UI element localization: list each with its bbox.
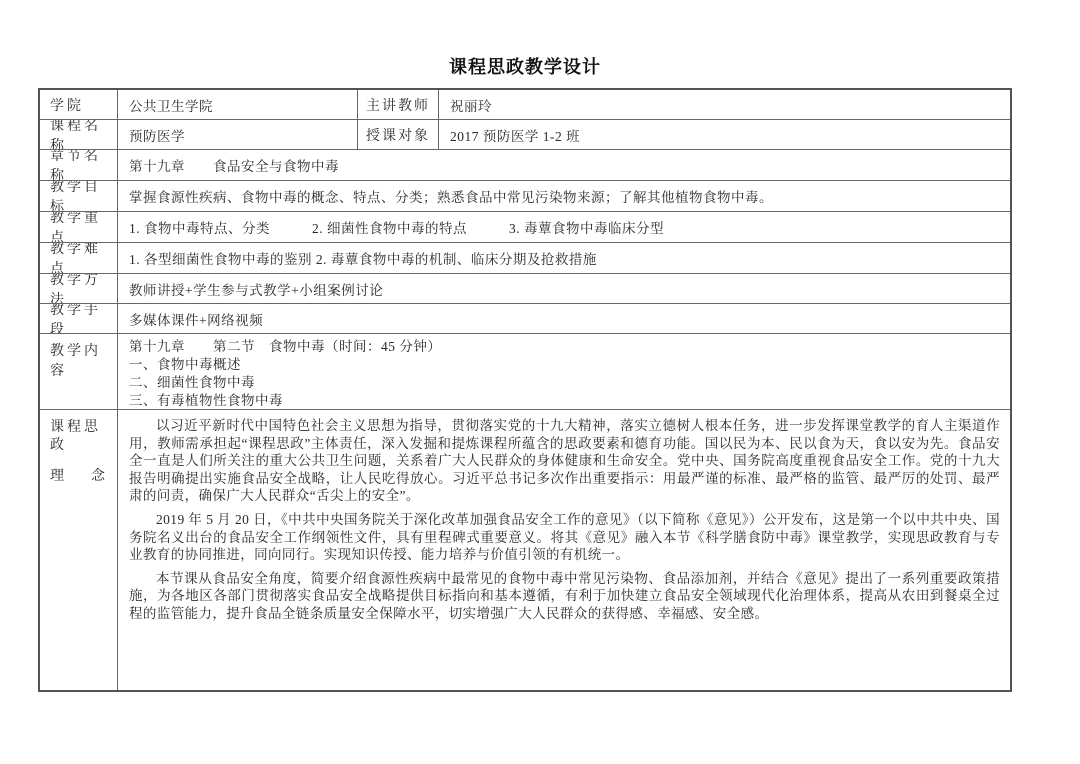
content-line: 一、食物中毒概述 <box>129 356 1002 374</box>
label-key-points: 教学重点 <box>40 212 118 242</box>
document-page: 课程思政教学设计 学院 公共卫生学院 主讲教师 祝丽玲 课程名称 预防医学 授课… <box>0 0 1080 764</box>
teaching-content-lines: 第十九章 第二节 食物中毒（时间：45 分钟） 一、食物中毒概述 二、细菌性食物… <box>118 334 1010 409</box>
table-row: 教学难点 1. 各型细菌性食物中毒的鉴别 2. 毒蕈食物中毒的机制、临床分期及抢… <box>40 243 1010 274</box>
value-lecturer: 祝丽玲 <box>439 90 1010 119</box>
ideology-paragraph: 本节课从食品安全角度，简要介绍食源性疾病中最常见的食物中毒中常见污染物、食品添加… <box>129 570 1000 623</box>
ideology-paragraph: 以习近平新时代中国特色社会主义思想为指导，贯彻落实党的十九大精神，落实立德树人根… <box>129 417 1000 505</box>
label-lecturer: 主讲教师 <box>358 90 439 119</box>
content-line: 二、细菌性食物中毒 <box>129 374 1002 392</box>
value-course-name: 预防医学 <box>118 120 358 149</box>
label-objectives: 教学目标 <box>40 181 118 211</box>
value-difficult-points: 1. 各型细菌性食物中毒的鉴别 2. 毒蕈食物中毒的机制、临床分期及抢救措施 <box>118 243 1010 273</box>
value-audience: 2017 预防医学 1-2 班 <box>439 120 1010 149</box>
table-row: 教学方法 教师讲授+学生参与式教学+小组案例讨论 <box>40 274 1010 304</box>
label-audience: 授课对象 <box>358 120 439 149</box>
label-ideology-line2: 理 念 <box>50 468 108 486</box>
label-ideology: 课程思政 理 念 <box>40 410 118 690</box>
label-methods: 教学方法 <box>40 274 118 303</box>
label-ideology-char-b: 念 <box>91 468 105 486</box>
label-difficult-points: 教学难点 <box>40 243 118 273</box>
page-title: 课程思政教学设计 <box>38 53 1012 79</box>
teaching-design-table: 学院 公共卫生学院 主讲教师 祝丽玲 课程名称 预防医学 授课对象 2017 预… <box>38 88 1012 692</box>
value-college: 公共卫生学院 <box>118 90 358 119</box>
ideology-paragraph: 2019 年 5 月 20 日，《中共中央国务院关于深化改革加强食品安全工作的意… <box>129 511 1000 564</box>
content-line: 第十九章 第二节 食物中毒（时间：45 分钟） <box>129 338 1002 356</box>
label-ideology-char-a: 理 <box>50 468 64 486</box>
value-methods: 教师讲授+学生参与式教学+小组案例讨论 <box>118 274 1010 303</box>
label-means: 教学手段 <box>40 304 118 333</box>
value-key-points: 1. 食物中毒特点、分类 2. 细菌性食物中毒的特点 3. 毒蕈食物中毒临床分型 <box>118 212 1010 242</box>
label-ideology-line1: 课程思政 <box>50 419 108 455</box>
label-chapter: 章节名称 <box>40 150 118 180</box>
table-row: 教学手段 多媒体课件+网络视频 <box>40 304 1010 334</box>
label-course-name: 课程名称 <box>40 120 118 149</box>
value-objectives: 掌握食源性疾病、食物中毒的概念、特点、分类；熟悉食品中常见污染物来源；了解其他植… <box>118 181 1010 211</box>
table-row-ideology: 课程思政 理 念 以习近平新时代中国特色社会主义思想为指导，贯彻落实党的十九大精… <box>40 410 1010 690</box>
table-row: 课程名称 预防医学 授课对象 2017 预防医学 1-2 班 <box>40 120 1010 150</box>
content-line: 三、有毒植物性食物中毒 <box>129 392 1002 410</box>
table-row-content: 教学内容 第十九章 第二节 食物中毒（时间：45 分钟） 一、食物中毒概述 二、… <box>40 334 1010 410</box>
table-row: 教学目标 掌握食源性疾病、食物中毒的概念、特点、分类；熟悉食品中常见污染物来源；… <box>40 181 1010 212</box>
label-college: 学院 <box>40 90 118 119</box>
value-means: 多媒体课件+网络视频 <box>118 304 1010 333</box>
ideology-text: 以习近平新时代中国特色社会主义思想为指导，贯彻落实党的十九大精神，落实立德树人根… <box>118 410 1010 690</box>
label-teaching-content: 教学内容 <box>40 334 118 409</box>
table-row: 章节名称 第十九章 食品安全与食物中毒 <box>40 150 1010 181</box>
table-row: 教学重点 1. 食物中毒特点、分类 2. 细菌性食物中毒的特点 3. 毒蕈食物中… <box>40 212 1010 243</box>
table-row: 学院 公共卫生学院 主讲教师 祝丽玲 <box>40 90 1010 120</box>
value-chapter: 第十九章 食品安全与食物中毒 <box>118 150 1010 180</box>
